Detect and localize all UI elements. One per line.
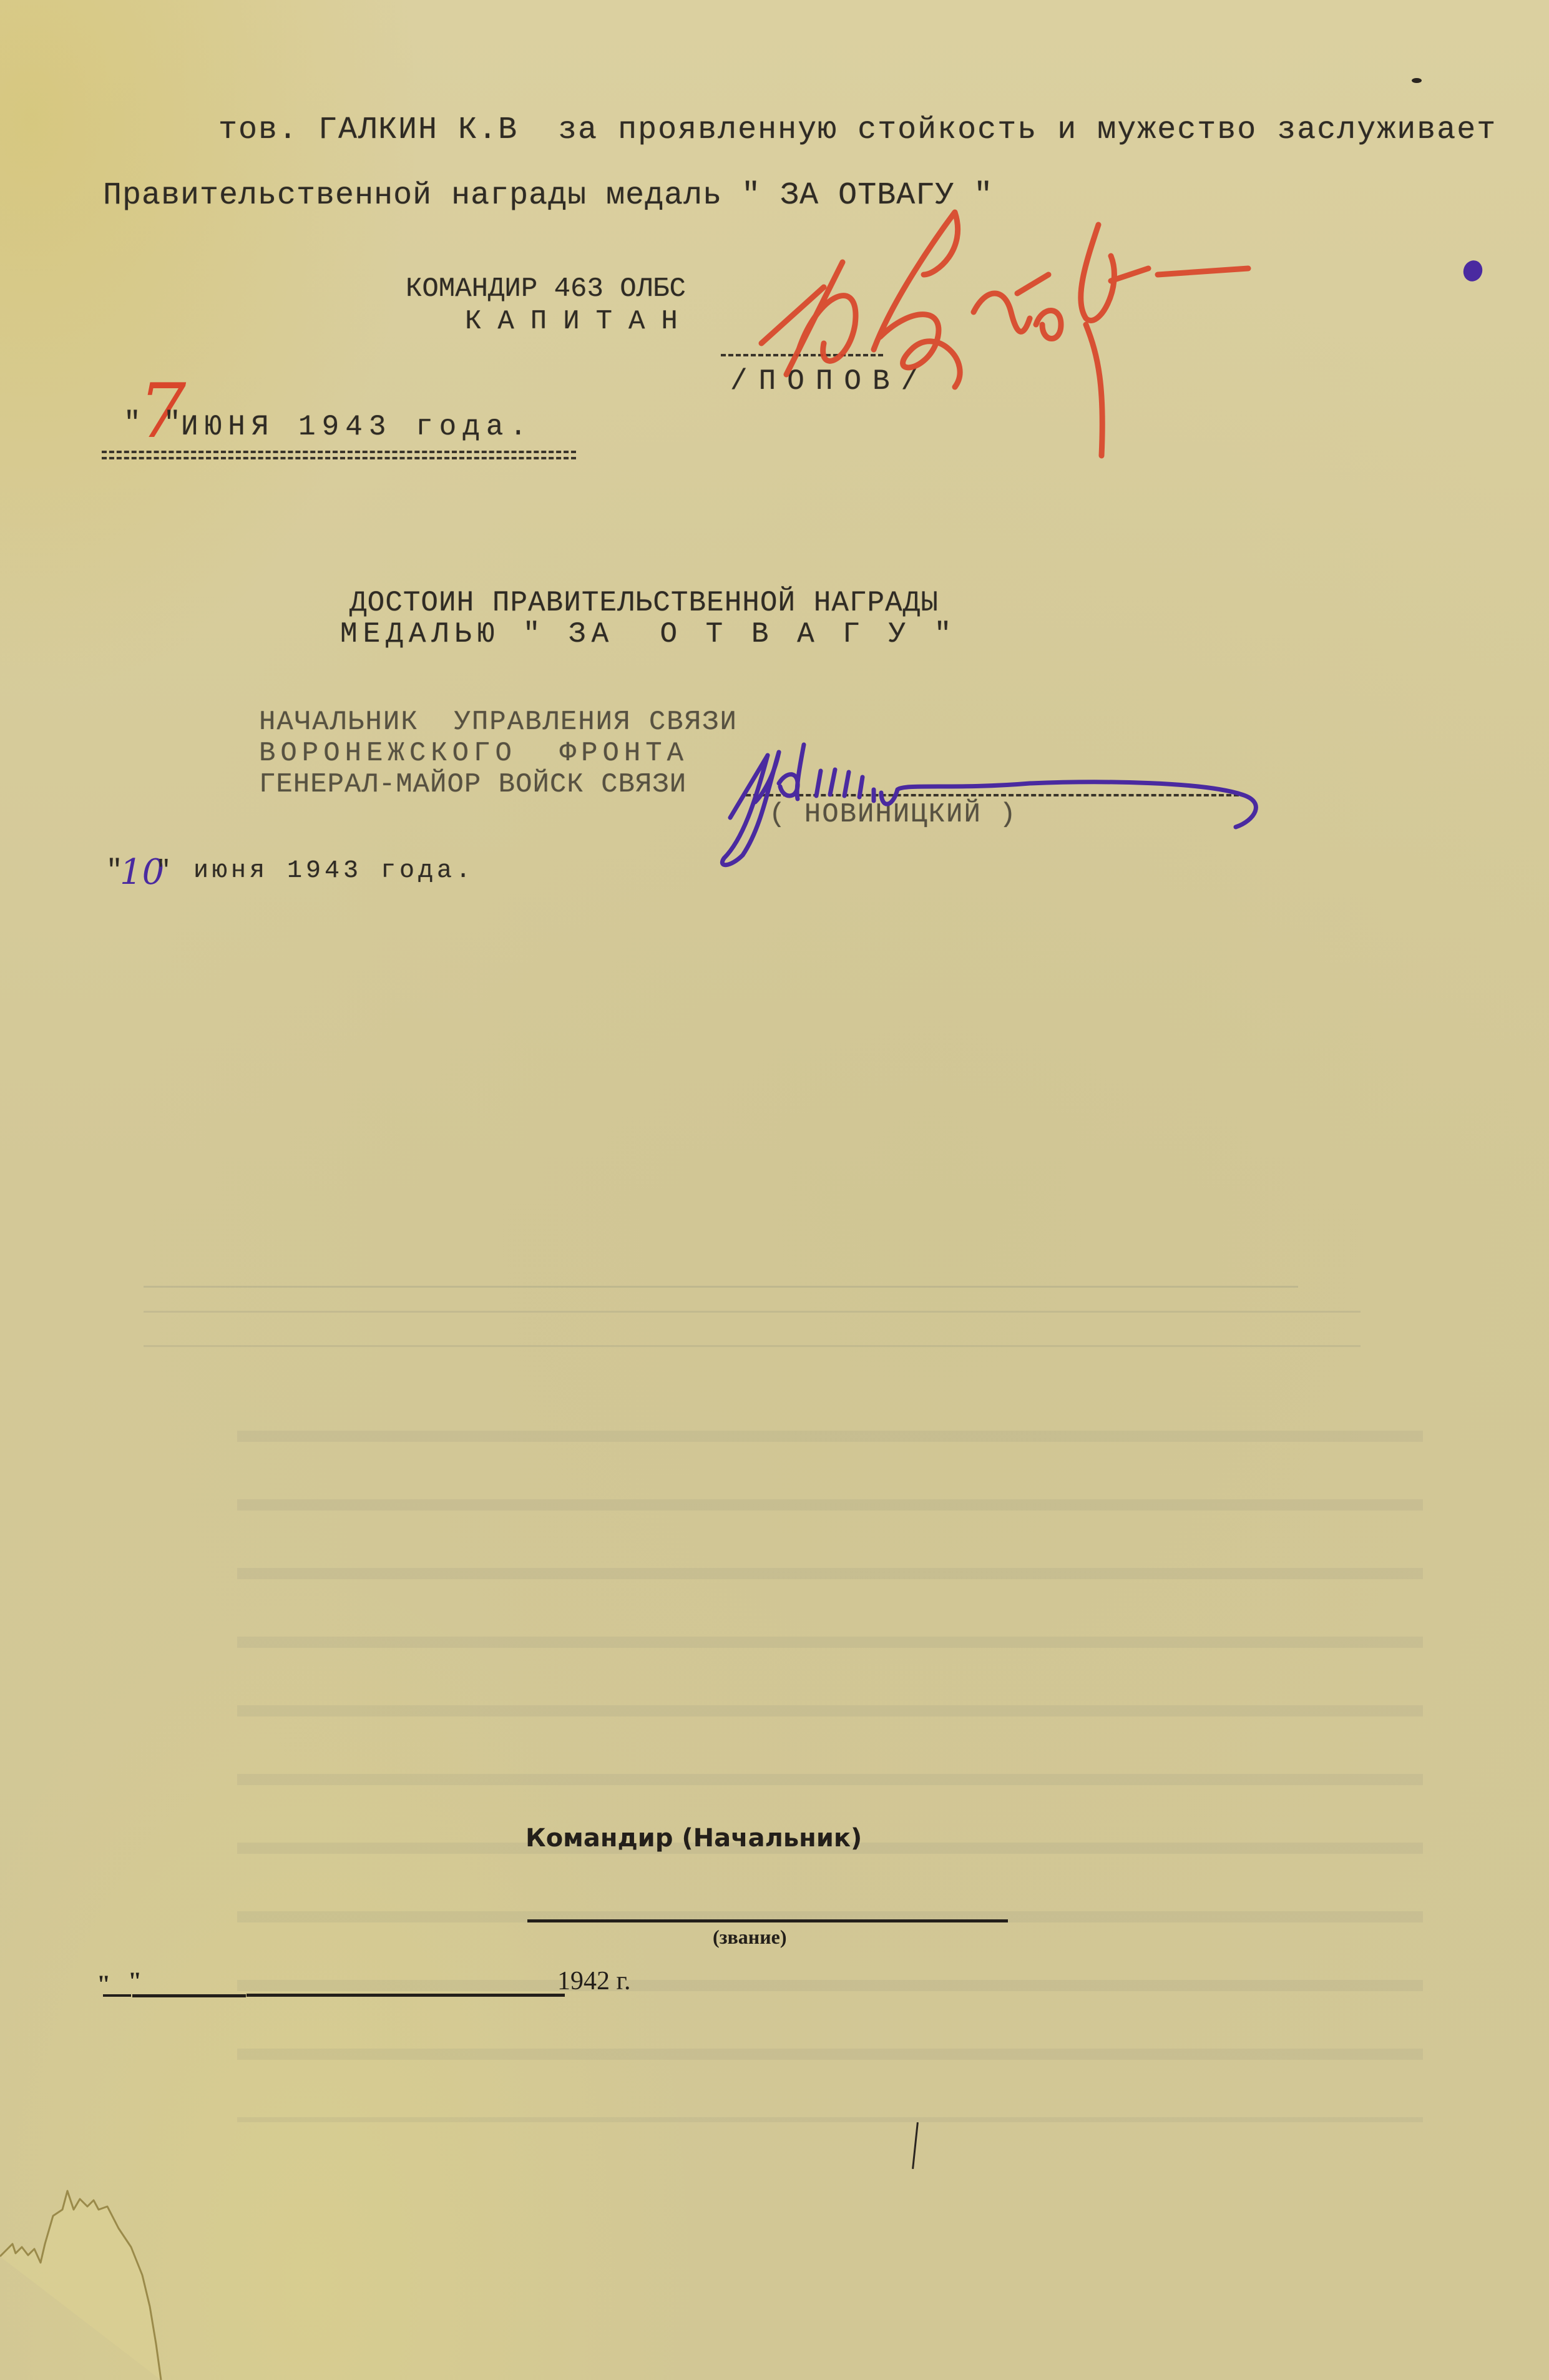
date1-text: ИЮНЯ 1943 года. <box>181 411 533 443</box>
form-heading-commander: Командир (Начальник) <box>525 1824 862 1853</box>
chief-title-line-3: ГЕНЕРАЛ-МАЙОР ВОЙСК СВЯЗИ <box>259 769 687 800</box>
form-date-month-line <box>132 1994 246 1997</box>
water-stain-icon <box>0 2182 169 2380</box>
commander-title: КОМАНДИР 463 ОЛБС <box>406 273 686 305</box>
bleed-through-rule-1 <box>144 1286 1298 1288</box>
violet-signature-icon <box>718 727 1342 883</box>
date1-close-quote: " <box>164 407 182 439</box>
resolution-line-1: ДОСТОИН ПРАВИТЕЛЬСТВЕННОЙ НАГРАДЫ <box>349 587 939 619</box>
form-date-quote-close: " <box>128 1966 142 1996</box>
bleed-through-rule-3 <box>144 1345 1361 1347</box>
bleed-through-rule-2 <box>144 1311 1361 1313</box>
ink-stroke-mark <box>912 2122 919 2169</box>
date2-text: " июня 1943 года. <box>156 857 474 885</box>
red-signature-icon <box>749 200 1286 462</box>
resolution-line-2: МЕДАЛЬЮ " ЗА О Т В А Г У " <box>340 618 957 650</box>
violet-ink-dot <box>1460 258 1485 284</box>
bleed-through-text <box>144 1111 1392 1142</box>
date1-double-underline <box>102 451 576 459</box>
form-date-month-line-2 <box>247 1994 565 1997</box>
ink-speck <box>1412 78 1422 83</box>
bleed-through-block <box>237 1373 1423 2122</box>
award-paragraph-line-1: тов. ГАЛКИН К.В за проявленную стойкость… <box>218 112 1497 148</box>
chief-title-line-2: ВОРОНЕЖСКОГО ФРОНТА <box>259 738 688 769</box>
chief-title-line-1: НАЧАЛЬНИК УПРАВЛЕНИЯ СВЯЗИ <box>259 707 738 738</box>
commander-rank: КАПИТАН <box>465 306 694 337</box>
form-rank-caption: (звание) <box>713 1926 787 1949</box>
form-date-day-line <box>103 1994 131 1997</box>
form-rank-line <box>527 1919 1008 1922</box>
form-year: 1942 г. <box>557 1966 631 1996</box>
